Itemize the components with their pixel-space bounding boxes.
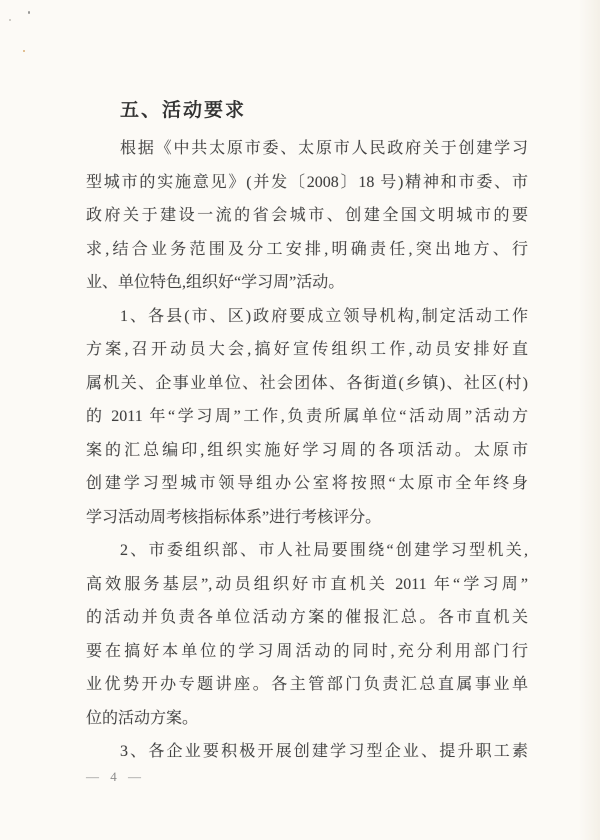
text-line: 1、各县(市、区)政府要成立领导机构,制定活动工作 — [86, 300, 528, 334]
text-line: 根据《中共太原市委、太原市人民政府关于创建学习 — [86, 132, 528, 166]
document-page: 五、活动要求 根据《中共太原市委、太原市人民政府关于创建学习 型城市的实施意见》… — [0, 0, 600, 840]
text-line: 创建学习型城市领导组办公室将按照“太原市全年终身 — [86, 467, 528, 501]
scan-speck — [9, 19, 11, 21]
text-line: 业优势开办专题讲座。各主管部门负责汇总直属事业单 — [86, 668, 528, 702]
text-line: 位的活动方案。 — [86, 702, 528, 736]
text-line: 方案,召开动员大会,搞好宣传组织工作,动员安排好直 — [86, 333, 528, 367]
text-line: 型城市的实施意见》(并发〔2008〕18 号)精神和市委、市 — [86, 166, 528, 200]
text-line: 学习活动周考核指标体系”进行考核评分。 — [86, 501, 528, 535]
document-body: 五、活动要求 根据《中共太原市委、太原市人民政府关于创建学习 型城市的实施意见》… — [86, 96, 528, 769]
text-line: 案的汇总编印,组织实施好学习周的各项活动。太原市 — [86, 434, 528, 468]
text-line: 的活动并负责各单位活动方案的催报汇总。各市直机关 — [86, 601, 528, 635]
text-line: 要在搞好本单位的学习周活动的同时,充分利用部门行 — [86, 635, 528, 669]
page-number: — 4 — — [86, 769, 145, 785]
scan-speck — [28, 11, 30, 14]
scan-speck — [23, 50, 25, 52]
text-line: 属机关、企事业单位、社会团体、各街道(乡镇)、社区(村) — [86, 367, 528, 401]
text-line: 2、市委组织部、市人社局要围绕“创建学习型机关, — [86, 534, 528, 568]
text-line: 的 2011 年“学习周”工作,负责所属单位“活动周”活动方 — [86, 400, 528, 434]
section-heading: 五、活动要求 — [86, 96, 528, 132]
text-line: 高效服务基层”,动员组织好市直机关 2011 年“学习周” — [86, 568, 528, 602]
text-line: 政府关于建设一流的省会城市、创建全国文明城市的要 — [86, 199, 528, 233]
text-line: 3、各企业要积极开展创建学习型企业、提升职工素 — [86, 735, 528, 769]
text-line: 求,结合业务范围及分工安排,明确责任,突出地方、行 — [86, 233, 528, 267]
text-line: 业、单位特色,组织好“学习周”活动。 — [86, 266, 528, 300]
